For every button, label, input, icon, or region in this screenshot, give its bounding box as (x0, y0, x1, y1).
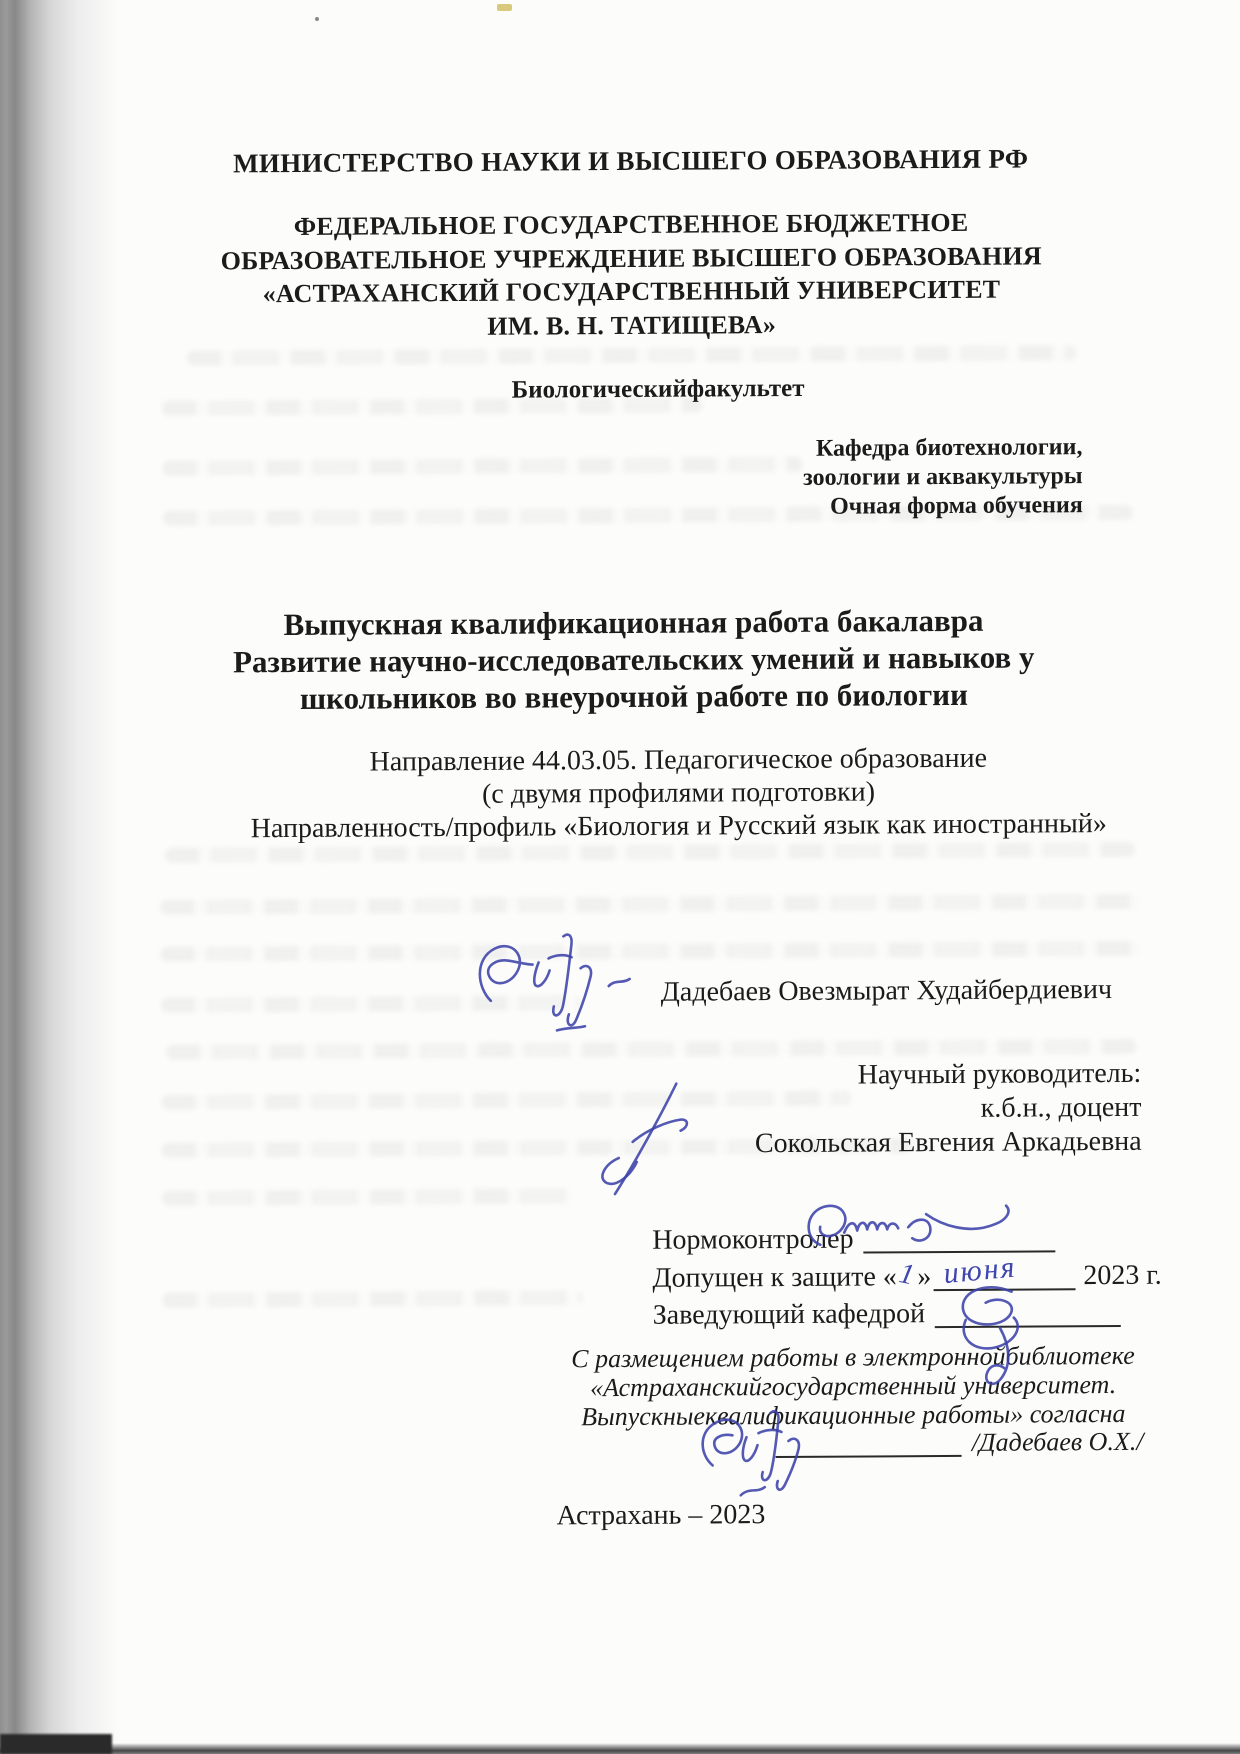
bleedthrough-line (187, 345, 1077, 365)
bleedthrough-line (165, 842, 1135, 863)
thesis-title-line: Развитие научно-исследовательских умений… (129, 638, 1139, 681)
normcontrol-signature (792, 1193, 1032, 1266)
scan-speck (497, 4, 512, 11)
thesis-title-line: школьников во внеурочной работе по биоло… (129, 675, 1139, 718)
head-of-department-signature (927, 1275, 1063, 1391)
bleedthrough-line (161, 1091, 851, 1110)
scan-left-edge-shadow (0, 0, 118, 1754)
head-row: Заведующий кафедрой (653, 1294, 1162, 1334)
scan-bottom-edge-shadow (0, 1743, 1240, 1754)
supervisor-label: Научный руководитель: (754, 1057, 1141, 1093)
faculty-line: Биологическийфакультет (127, 373, 1163, 407)
study-form-line: Очная форма обучения (803, 491, 1083, 522)
admitted-year: 2023 г. (1083, 1260, 1162, 1291)
program-line: Направленность/профиль «Биология и Русск… (174, 807, 1184, 846)
page-content: МИНИСТЕРСТВО НАУКИ И ВЫСШЕГО ОБРАЗОВАНИЯ… (125, 0, 1146, 1754)
program-block: Направление 44.03.05. Педагогическое обр… (129, 741, 1184, 846)
department-line: зоологии и аквакультуры (803, 462, 1083, 493)
supervisor-degree: к.б.н., доцент (755, 1091, 1142, 1127)
university-block: ФЕДЕРАЛЬНОЕ ГОСУДАРСТВЕННОЕ БЮДЖЕТНОЕ ОБ… (126, 205, 1137, 345)
city-year-line: Астрахань – 2023 (134, 1497, 1166, 1535)
bleedthrough-line (162, 457, 802, 476)
head-label: Заведующий кафедрой (653, 1298, 925, 1331)
university-line: «АСТРАХАНСКИЙ ГОСУДАРСТВЕННЫЙ УНИВЕРСИТЕ… (126, 272, 1136, 312)
title-block: Выпускная квалификационная работа бакала… (128, 601, 1139, 718)
ministry-line: МИНИСТЕРСТВО НАУКИ И ВЫСШЕГО ОБРАЗОВАНИЯ… (126, 143, 1136, 180)
author-name: Дадебаев Овезмырат Худайбердиевич (661, 974, 1112, 1009)
author-signature (468, 928, 654, 1044)
scan-tilt-wrapper: МИНИСТЕРСТВО НАУКИ И ВЫСШЕГО ОБРАЗОВАНИЯ… (0, 0, 1240, 1754)
scan-speck (315, 17, 319, 21)
supervisor-block: Научный руководитель: к.б.н., доцент Сок… (754, 1057, 1141, 1161)
scan-bottom-left-corner (0, 1734, 112, 1754)
bleedthrough-line (162, 1188, 572, 1206)
supervisor-signature (576, 1077, 712, 1198)
bleedthrough-line (163, 1290, 583, 1308)
department-line: Кафедра биотехнологии, (803, 433, 1083, 464)
supervisor-name: Сокольская Евгения Аркадьевна (755, 1125, 1142, 1161)
department-block: Кафедра биотехнологии, зоологии и акваку… (803, 433, 1083, 522)
bleedthrough-line (160, 894, 1140, 915)
work-type-line: Выпускная квалификационная работа бакала… (128, 601, 1138, 644)
university-line: ИМ. В. Н. ТАТИЩЕВА» (127, 305, 1137, 345)
thesis-title-page: МИНИСТЕРСТВО НАУКИ И ВЫСШЕГО ОБРАЗОВАНИЯ… (0, 0, 1240, 1754)
consent-signature-name: /Дадебаев О.Х./ (972, 1427, 1144, 1457)
consent-signature (688, 1406, 879, 1502)
